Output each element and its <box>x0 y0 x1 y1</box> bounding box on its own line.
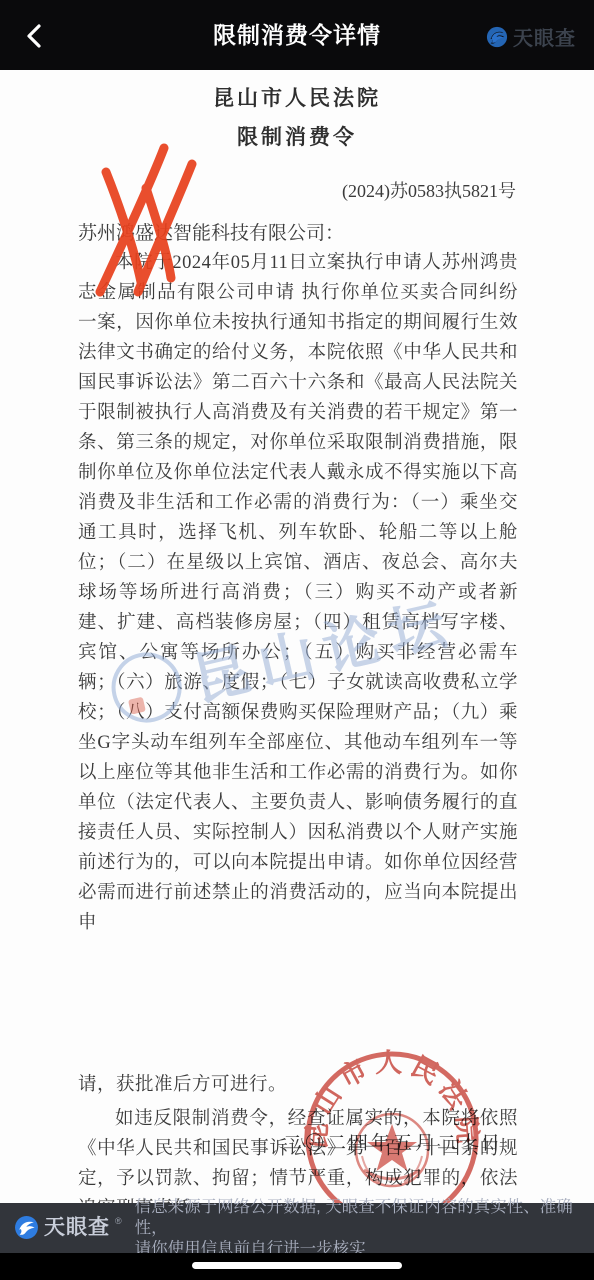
bottom-system-strip <box>0 1253 594 1280</box>
tianyancha-eye-icon <box>486 26 508 48</box>
red-pen-scribble <box>84 140 199 300</box>
document-body-paragraph: 本院于2024年05月11日立案执行申请人苏州鸿贵志金属制品有限公司申请 执行你… <box>78 248 518 938</box>
footer-brand-text: 天眼查 <box>44 1215 110 1241</box>
document-sheet: 昆山市人民法院 限制消费令 (2024)苏0583执5821号 苏州鸿盛达智能科… <box>0 70 594 1203</box>
disclaimer-text: 信息来源于网络公开数据, 天眼查不保证内容的真实性、准确性， 请你使用信息前自行… <box>135 1197 580 1260</box>
screen: 限制消费令详情 天眼查 昆山市人民法院 限制消费令 (2024)苏0583执58… <box>0 0 594 1280</box>
seal-star-icon <box>367 1124 417 1171</box>
tianyancha-eye-icon <box>14 1215 39 1240</box>
header-brand-text: 天眼查 <box>513 22 576 51</box>
app-header: 限制消费令详情 天眼查 <box>0 0 594 70</box>
disclaimer-bar: 天眼查 ® 信息来源于网络公开数据, 天眼查不保证内容的真实性、准确性， 请你使… <box>0 1203 594 1253</box>
footer-brand-logo: 天眼查 ® <box>14 1215 122 1241</box>
disclaimer-line-1: 信息来源于网络公开数据, 天眼查不保证内容的真实性、准确性， <box>135 1197 580 1239</box>
registered-trademark-mark: ® <box>115 1215 122 1227</box>
document-court-name: 昆山市人民法院 <box>0 82 594 112</box>
header-brand-logo: 天眼查 <box>486 22 576 51</box>
court-seal: 昆山市人民法院 <box>292 1038 492 1203</box>
home-indicator[interactable] <box>192 1262 402 1269</box>
